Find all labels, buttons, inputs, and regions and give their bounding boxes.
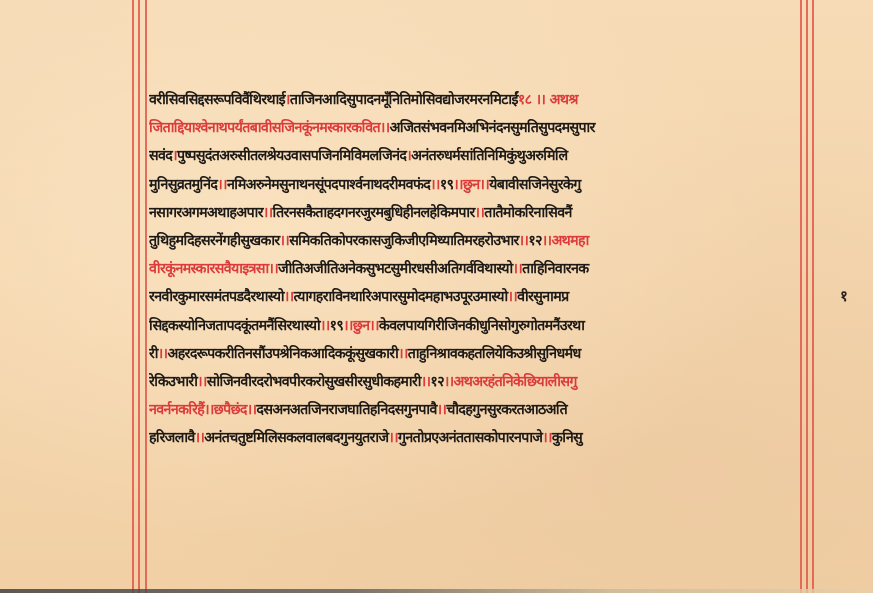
body-text: तुथिहुमदिहसरनेंगहीसुखकार bbox=[149, 233, 280, 249]
body-text: तिरनसकैताहदगनरजुरमबुधिहीनलहेकिमपार bbox=[273, 205, 475, 221]
body-text: अजितसंभवनमिअभिनंदनसुमतिसुपदमसुपार bbox=[390, 120, 595, 136]
manuscript-line: मुनिसुव्रतमुनिंद।।नमिअरुनेमसुनाथनसूंपदपा… bbox=[149, 171, 811, 199]
rubric-text: वीरकूंनमस्कारसवैयाइत्रसा।। bbox=[149, 261, 278, 277]
body-text: रनवीरकुमारसमंतपडदैरथास्यो bbox=[149, 289, 284, 305]
body-text: १२ bbox=[528, 233, 542, 249]
rubric-text: ।। bbox=[195, 430, 205, 446]
left-margin-rule bbox=[132, 0, 134, 593]
body-text: वीरसुनामप्र bbox=[517, 289, 568, 305]
manuscript-line: हरिजलावै।।अनंतचतुष्टमिलिसकलवालबदगुनयुतरा… bbox=[149, 424, 811, 452]
rubric-text: ।। bbox=[217, 177, 227, 193]
body-text: अनंतचतुष्टमिलिसकलवालबदगुनयुतराजे bbox=[204, 430, 388, 446]
manuscript-line: तुथिहुमदिहसरनेंगहीसुखकार।।समिकतिकोपरकासज… bbox=[149, 227, 811, 255]
rubric-text: ।। bbox=[430, 177, 440, 193]
body-text: पुष्पसुदंतअरुसीतलश्रेयउवासपजिनमिविमलजिनं… bbox=[177, 148, 406, 164]
body-text: सिद्दकस्योनिजतापदकूंतमनैंसिरथास्यो bbox=[149, 318, 320, 334]
body-text: री bbox=[149, 346, 158, 362]
folio-number: १ bbox=[840, 286, 848, 306]
body-text: येबावीसजिनेसुरकेगु bbox=[489, 177, 581, 193]
rubric-text: ।।अथअरहंतनिकेछियालीसगु bbox=[444, 374, 577, 390]
manuscript-text-block: वरीसिवसिद्दसरूपविवैंथिरथाई।ताजिनआदिसुपाद… bbox=[149, 86, 811, 452]
manuscript-line: वरीसिवसिद्दसरूपविवैंथिरथाई।ताजिनआदिसुपाद… bbox=[149, 86, 811, 114]
body-text: सोजिनवीरदरोभवपीरकरोसुखसीरसुधीकहमारी bbox=[207, 374, 421, 390]
manuscript-line: सवंद।पुष्पसुदंतअरुसीतलश्रेयउवासपजिनमिविम… bbox=[149, 142, 811, 170]
rubric-text: ।। bbox=[437, 402, 447, 418]
body-text: नमिअरुनेमसुनाथनसूंपदपार्श्वनाथदरीमवफंद bbox=[227, 177, 430, 193]
rubric-text: ।। bbox=[513, 261, 523, 277]
body-text: केवलपायगिरीजिनकीधुनिसोगुरुगोतमनैंउरथा bbox=[379, 318, 584, 334]
body-text: ताजिनआदिसुपादनमूँनितिमोसिवद्योजरमरनमिटाई… bbox=[290, 92, 518, 108]
rubric-text: ।।छुन।। bbox=[343, 318, 379, 334]
manuscript-line: सिद्दकस्योनिजतापदकूंतमनैंसिरथास्यो।।१९।।… bbox=[149, 312, 811, 340]
body-text: १२ bbox=[430, 374, 444, 390]
body-text: १९ bbox=[330, 318, 344, 334]
rubric-text: ।। bbox=[320, 318, 330, 334]
body-text: समिकतिकोपरकासजुकिजीएमिथ्यातिमरहरोउभार bbox=[289, 233, 519, 249]
right-margin-rule bbox=[812, 0, 814, 593]
rubric-text: १८ ।। अथश्र bbox=[518, 92, 578, 108]
rubric-text: ।।अथमहा bbox=[542, 233, 589, 249]
body-text: नसागरअगमअथाहअपार bbox=[149, 205, 263, 221]
faint-margin-mark bbox=[55, 470, 125, 480]
body-text: जीतिअजीतिअनेकसुभटसुमीरधसीअतिगर्वविथास्यो bbox=[278, 261, 512, 277]
rubric-text: ।।छुन।। bbox=[453, 177, 489, 193]
body-text: अनंतरुधर्मसांतिनिमिकुंथुअरुमिलि bbox=[411, 148, 567, 164]
rubric-text: ।। bbox=[421, 374, 431, 390]
body-text: वरीसिवसिद्दसरूपविवैंथिरथाई bbox=[149, 92, 285, 108]
body-text: १९ bbox=[440, 177, 454, 193]
body-text: अहरदरूपकरीतिनसौंउपश्रेनिकआदिककूंसुखकारी bbox=[167, 346, 398, 362]
body-text: सवंद bbox=[149, 148, 172, 164]
rubric-text: ।। bbox=[388, 430, 398, 446]
manuscript-line: रनवीरकुमारसमंतपडदैरथास्यो।।त्यागहराविनथा… bbox=[149, 283, 811, 311]
manuscript-line: नवर्ननकरिहैं।।छपैछंद।।दसअनअतजिनराजघातिहन… bbox=[149, 396, 811, 424]
manuscript-page: वरीसिवसिद्दसरूपविवैंथिरथाई।ताजिनआदिसुपाद… bbox=[0, 0, 873, 593]
body-text: रेकिउभारी bbox=[149, 374, 197, 390]
body-text: मुनिसुव्रतमुनिंद bbox=[149, 177, 217, 193]
body-text: कुनिसु bbox=[552, 430, 582, 446]
rubric-text: ।। bbox=[398, 346, 408, 362]
manuscript-line: री।।अहरदरूपकरीतिनसौंउपश्रेनिकआदिककूंसुखक… bbox=[149, 340, 811, 368]
body-text: तातैमोकरिनासिवनैं bbox=[484, 205, 572, 221]
manuscript-line: जिताद्दियाश्वेनाथपर्यंतबावीसजिनकूंनमस्का… bbox=[149, 114, 811, 142]
body-text: ताहिनिवारनक bbox=[522, 261, 588, 277]
rubric-text: ।। bbox=[475, 205, 485, 221]
left-margin-rule bbox=[138, 0, 140, 593]
page-bottom-edge bbox=[0, 589, 873, 593]
rubric-text: ।। bbox=[284, 289, 294, 305]
left-margin-rule bbox=[145, 0, 147, 593]
body-text: त्यागहराविनथारिअपारसुमोदमहाभउपूरउमास्यो bbox=[294, 289, 508, 305]
manuscript-line: वीरकूंनमस्कारसवैयाइत्रसा।।जीतिअजीतिअनेकस… bbox=[149, 255, 811, 283]
rubric-text: ।। bbox=[197, 374, 207, 390]
rubric-text: ।। bbox=[519, 233, 529, 249]
body-text: दसअनअतजिनराजघातिहनिदसगुनपावै bbox=[256, 402, 436, 418]
body-text: ताहुनिश्रावकहतलियेकिउश्रीसुनिधर्मध bbox=[408, 346, 581, 362]
manuscript-line: रेकिउभारी।।सोजिनवीरदरोभवपीरकरोसुखसीरसुधी… bbox=[149, 368, 811, 396]
body-text: हरिजलावै bbox=[149, 430, 195, 446]
rubric-text: ।। bbox=[542, 430, 552, 446]
body-text: चौदहगुनसुरकरतआठअति bbox=[446, 402, 567, 418]
rubric-text: ।। bbox=[263, 205, 273, 221]
manuscript-line: नसागरअगमअथाहअपार।।तिरनसकैताहदगनरजुरमबुधि… bbox=[149, 199, 811, 227]
rubric-text: जिताद्दियाश्वेनाथपर्यंतबावीसजिनकूंनमस्का… bbox=[149, 120, 390, 136]
rubric-text: ।। bbox=[508, 289, 518, 305]
rubric-text: नवर्ननकरिहैं।।छपैछंद।। bbox=[149, 402, 256, 418]
rubric-text: ।। bbox=[280, 233, 290, 249]
body-text: गुनतोप्रएअनंततासकोपारनपाजे bbox=[398, 430, 542, 446]
